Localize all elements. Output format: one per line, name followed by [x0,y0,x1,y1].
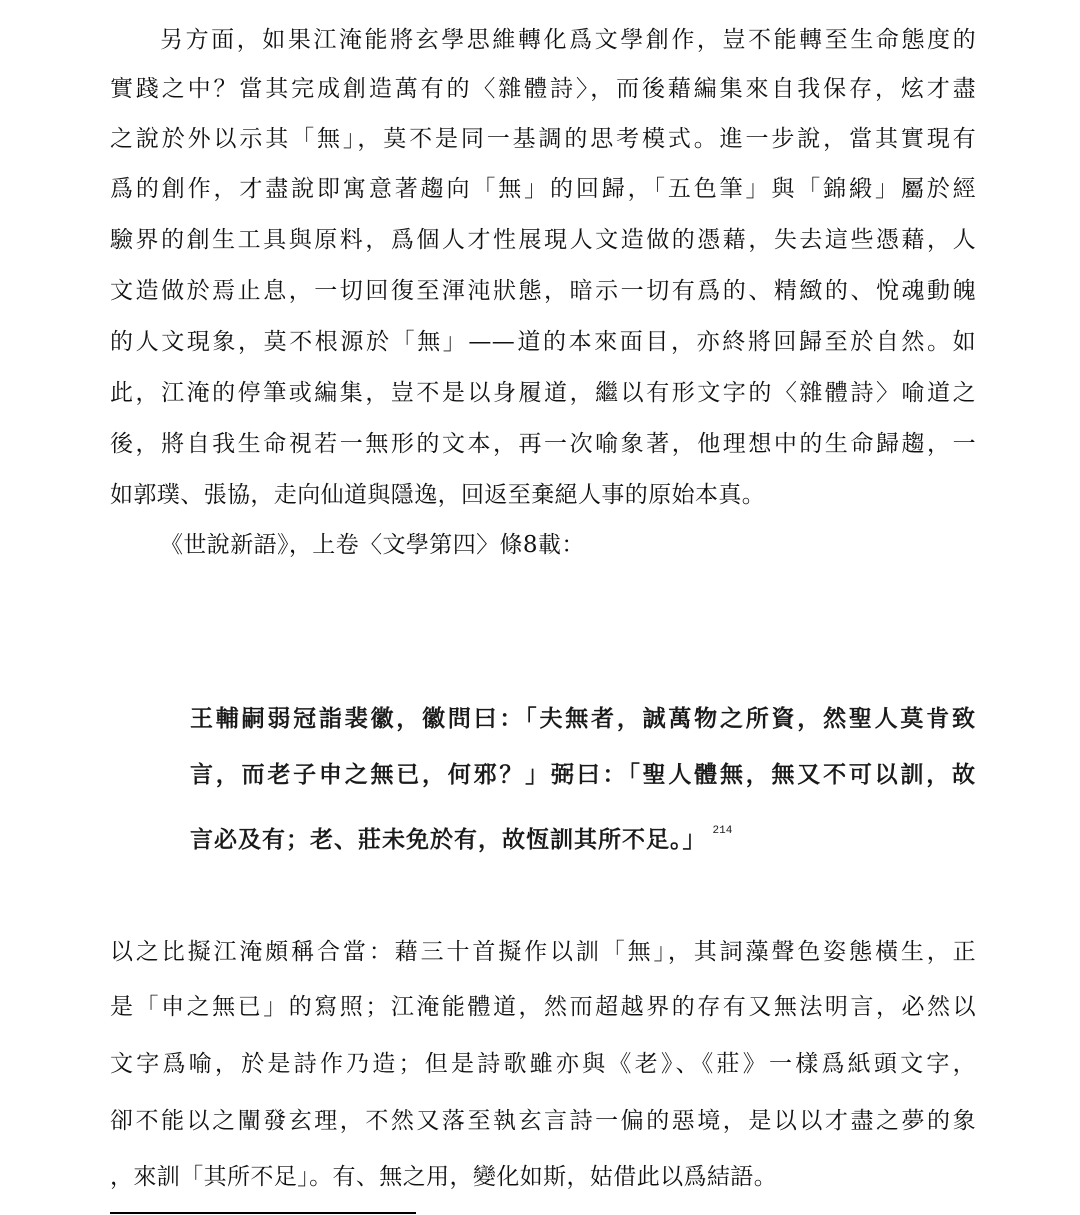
quote-line: 言必及有；老、莊未免於有，故恆訓其所不足。」214 [190,816,976,846]
text-line: 以之比擬江淹頗稱合當：藉三十首擬作以訓「無」，其詞藻聲色姿態橫生，正 [110,937,976,967]
text-line: 的人文現象，莫不根源於「無」——道的本來面目，亦終將回歸至於自然。如 [110,327,976,357]
text-line: 驗界的創生工具與原料，爲個人才性展現人文造做的憑藉，失去這些憑藉，人 [110,225,976,255]
quote-line-text: 言必及有；老、莊未免於有，故恆訓其所不足。」 [190,827,707,853]
text-line: ，來訓「其所不足」。有、無之用，變化如斯，姑借此以爲結語。 [110,1162,976,1192]
text-line: 是「申之無已」的寫照；江淹能體道，然而超越界的存有又無法明言，必然以 [110,992,976,1022]
quote-line: 言，而老子申之無已，何邪？」弼曰：「聖人體無，無又不可以訓，故 [190,760,976,790]
footnote-separator [110,1212,416,1214]
citation-intro: 《世說新語》，上卷〈文學第四〉條8載： [160,530,976,560]
text-line: 實踐之中？當其完成創造萬有的〈雜體詩〉，而後藉編集來自我保存，炫才盡 [110,74,976,104]
text-line: 另方面，如果江淹能將玄學思維轉化爲文學創作，豈不能轉至生命態度的 [160,25,976,55]
quote-line: 王輔嗣弱冠詣裴徽，徽問曰：「夫無者，誠萬物之所資，然聖人莫肯致 [190,704,976,734]
document-page: 另方面，如果江淹能將玄學思維轉化爲文學創作，豈不能轉至生命態度的 實踐之中？當其… [0,0,1080,1215]
text-line: 卻不能以之闡發玄理，不然又落至執玄言詩一偏的惡境，是以以才盡之夢的象 [110,1106,976,1136]
text-line: 如郭璞、張協，走向仙道與隱逸，回返至棄絕人事的原始本真。 [110,480,976,510]
text-line: 文造做於焉止息，一切回復至渾沌狀態，暗示一切有爲的、精緻的、悅魂動魄 [110,276,976,306]
text-line: 文字爲喻，於是詩作乃造；但是詩歌雖亦與《老》、《莊》一樣爲紙頭文字， [110,1049,976,1079]
footnote-reference[interactable]: 214 [713,825,733,837]
text-line: 此，江淹的停筆或編集，豈不是以身履道，繼以有形文字的〈雜體詩〉喻道之 [110,378,976,408]
text-line: 爲的創作，才盡說即寓意著趨向「無」的回歸，「五色筆」與「錦緞」屬於經 [110,174,976,204]
text-line: 之說於外以示其「無」，莫不是同一基調的思考模式。進一步說，當其實現有 [110,124,976,154]
text-line: 後，將自我生命視若一無形的文本，再一次喻象著，他理想中的生命歸趨，一 [110,429,976,459]
